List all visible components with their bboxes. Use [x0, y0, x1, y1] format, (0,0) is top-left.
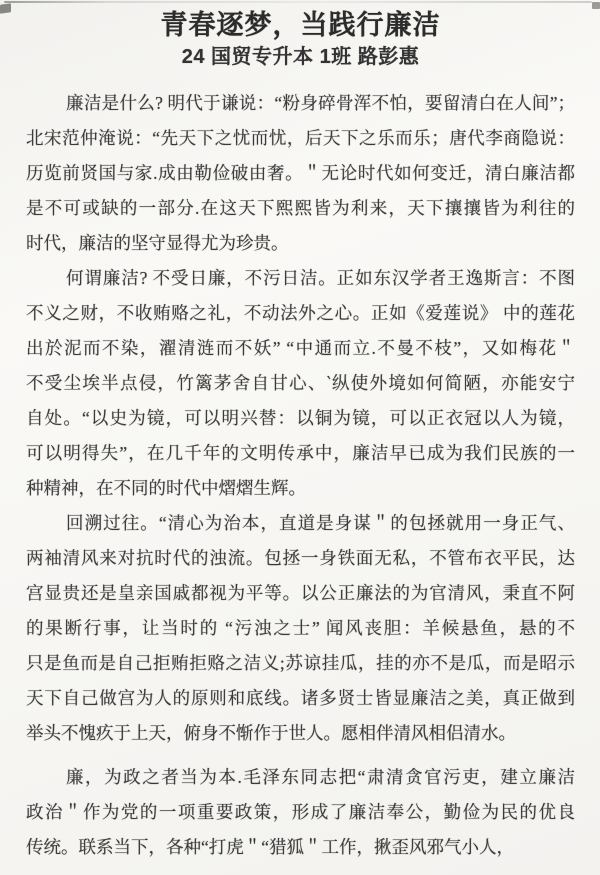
text-line: 政治＂作为党的一项重要政策，形成了廉洁奉公，勤俭为民的优良 — [26, 795, 575, 830]
text-line: 时代，廉洁的坚守显得尤为珍贵。 — [26, 226, 575, 261]
document-page: 青春逐梦，当践行廉洁 24 国贸专升本 1班 路彭惠 廉洁是什么? 明代于谦说：… — [0, 0, 600, 875]
paragraph: 回溯过往。“清心为治本，直道是身谋＂的包拯就用一身正气、两袖清风来对抗时代的浊流… — [26, 506, 575, 751]
text-line: 自处。“以史为镜，可以明兴替：以铜为镜，可以正衣冠以人为镜， — [26, 401, 575, 436]
text-line: 是不可或缺的一部分.在这天下熙熙皆为利来，天下攘攘皆为利往的 — [26, 191, 575, 226]
essay-title: 青春逐梦，当践行廉洁 — [26, 8, 575, 42]
text-line: 历览前贤国与家.成由勒俭破由奢。＂无论时代如何变迁，清白廉洁都 — [26, 156, 575, 191]
text-line: 两袖清风来对抗时代的浊流。包拯一身铁面无私，不管布衣平民，达 — [26, 541, 575, 576]
text-line: 何谓廉洁? 不受日廉，不污日洁。正如东汉学者王逸斯言：不图 — [26, 261, 575, 296]
text-line: 可以明得失”，在几千年的文明传承中，廉洁早已成为我们民族的一 — [26, 436, 575, 471]
essay-body: 廉洁是什么? 明代于谦说：“粉身碎骨浑不怕，要留清白在人间”；北宋范仲淹说：“先… — [26, 86, 575, 865]
text-line: 不义之财，不收贿赂之礼，不动法外之心。正如《爱莲说》 中的莲花 — [26, 296, 575, 331]
text-line: 只是鱼而是自己拒贿拒赂之洁义;苏谅挂瓜，挂的亦不是瓜，而是昭示 — [26, 646, 575, 681]
text-line: 廉洁是什么? 明代于谦说：“粉身碎骨浑不怕，要留清白在人间”； — [26, 86, 575, 121]
text-line: 北宋范仲淹说：“先天下之忧而忧，后天下之乐而乐；唐代李商隐说： — [26, 121, 575, 156]
text-line: 出於泥而不染，濯清涟而不妖” “中通而立.不曼不枝”，又如梅花＂ — [26, 331, 575, 366]
paragraph: 廉，为政之者当为本.毛泽东同志把“肃清贪官污吏，建立廉洁政治＂作为党的一项重要政… — [26, 760, 575, 865]
scan-artifact-top-left — [0, 3, 11, 14]
paragraph: 何谓廉洁? 不受日廉，不污日洁。正如东汉学者王逸斯言：不图不义之财，不收贿赂之礼… — [26, 261, 575, 506]
paragraph: 廉洁是什么? 明代于谦说：“粉身碎骨浑不怕，要留清白在人间”；北宋范仲淹说：“先… — [26, 86, 575, 261]
scan-artifact-top-right — [592, 2, 600, 9]
text-line: 传统。联系当下，各种“打虎＂“猎狐＂工作，揪歪风邪气小人， — [26, 830, 575, 865]
text-line: 回溯过往。“清心为治本，直道是身谋＂的包拯就用一身正气、 — [26, 506, 575, 541]
scan-artifact-top-line — [4, 1, 592, 3]
text-line: 的果断行事，让当时的 “污浊之士” 闻风丧胆：羊候悬鱼，悬的不 — [26, 611, 575, 646]
text-line: 宫显贵还是皇亲国戚都视为平等。以公正廉法的为官清风，秉直不阿 — [26, 576, 575, 611]
text-line: 举头不愧疚于上天，俯身不惭作于世人。愿相伴清风相侣清水。 — [26, 716, 575, 751]
text-line: 廉，为政之者当为本.毛泽东同志把“肃清贪官污吏，建立廉洁 — [26, 760, 575, 795]
text-line: 天下自己做宫为人的原则和底线。诸多贤士皆显廉洁之美，真正做到 — [26, 681, 575, 716]
essay-byline: 24 国贸专升本 1班 路彭惠 — [26, 44, 575, 70]
text-line: 种精神，在不同的时代中熠熠生辉。 — [26, 471, 575, 506]
text-line: 不受尘埃半点侵，竹篱茅舍自甘心、‵纵使外境如何简陋，亦能安宁 — [26, 366, 575, 401]
